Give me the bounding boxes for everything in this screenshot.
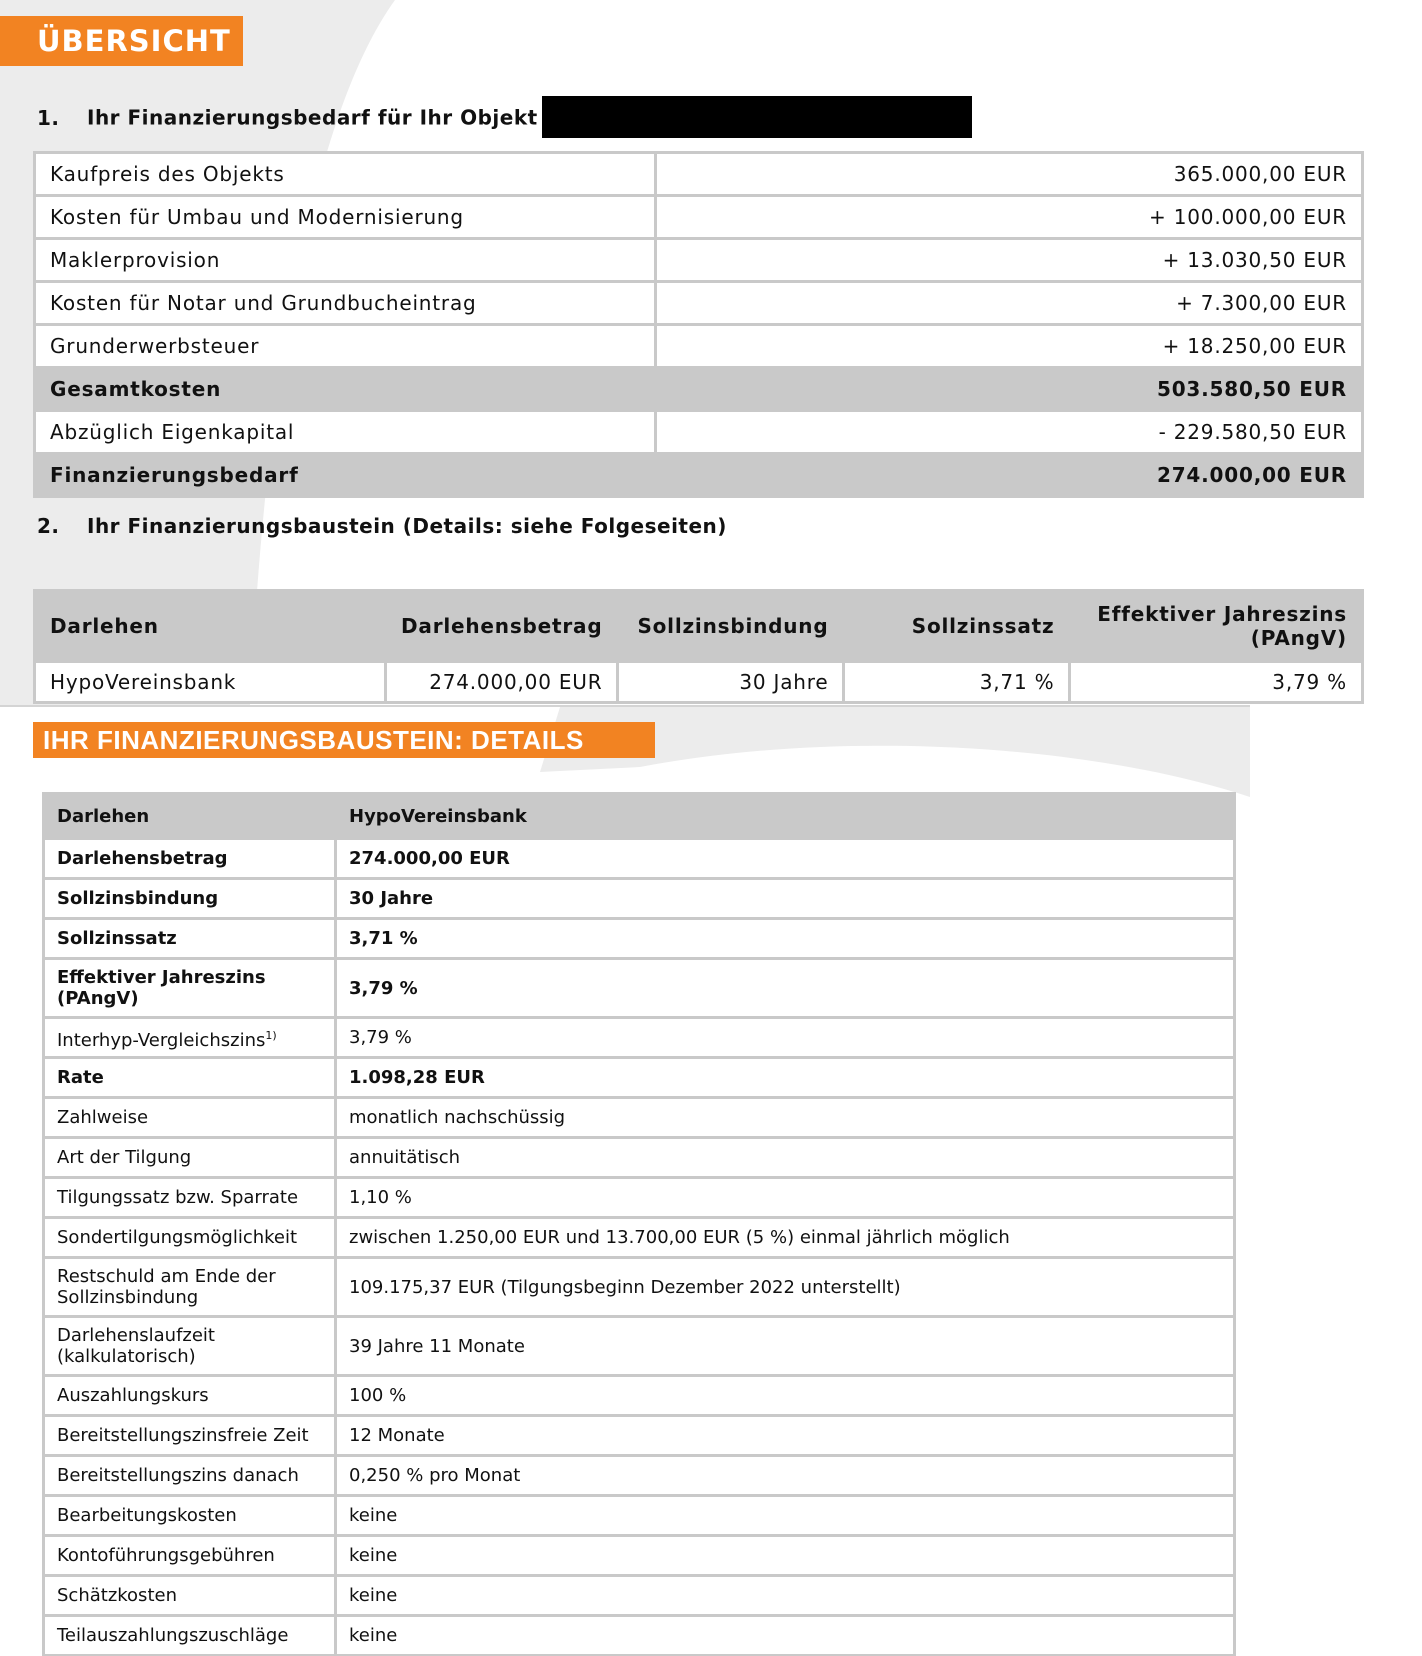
summary-cell: HypoVereinsbank (36, 663, 384, 701)
detail-value: 3,71 % (337, 920, 1233, 957)
cost-label: Maklerprovision (36, 240, 657, 280)
cost-row: Abzüglich Eigenkapital- 229.580,50 EUR (36, 412, 1361, 452)
detail-row: Interhyp-Vergleichszins1)3,79 % (45, 1019, 1233, 1056)
overview-page: ÜBERSICHT 1.Ihr Finanzierungsbedarf für … (0, 0, 1422, 705)
detail-label: Zahlweise (45, 1099, 334, 1136)
detail-value: 1,10 % (337, 1179, 1233, 1216)
detail-label-text: Schätzkosten (57, 1585, 177, 1606)
cost-value: 274.000,00 EUR (657, 455, 1361, 495)
detail-label: Sollzinsbindung (45, 880, 334, 917)
section1-title: Ihr Finanzierungsbedarf für Ihr Objekt (87, 106, 538, 130)
details-header-value: HypoVereinsbank (337, 795, 1233, 837)
detail-row: Darlehensbetrag274.000,00 EUR (45, 840, 1233, 877)
detail-value: 109.175,37 EUR (Tilgungsbeginn Dezember … (337, 1259, 1233, 1315)
detail-value: 274.000,00 EUR (337, 840, 1233, 877)
detail-label-text: Bereitstellungszins danach (57, 1465, 299, 1486)
cost-value: 503.580,50 EUR (657, 369, 1361, 409)
detail-label-text: Tilgungssatz bzw. Sparrate (57, 1187, 298, 1208)
section1-number: 1. (37, 106, 87, 130)
detail-label-text: Bereitstellungszinsfreie Zeit (57, 1425, 309, 1446)
detail-label: Bearbeitungskosten (45, 1497, 334, 1534)
section1-heading: 1.Ihr Finanzierungsbedarf für Ihr Objekt (37, 98, 972, 140)
detail-row: Kontoführungsgebührenkeine (45, 1537, 1233, 1574)
summary-column-header: Sollzinssatz (845, 592, 1068, 660)
cost-label: Gesamtkosten (36, 369, 657, 409)
details-page: IHR FINANZIERUNGSBAUSTEIN: DETAILS Darle… (0, 705, 1250, 1656)
detail-label-text: Kontoführungsgebühren (57, 1545, 275, 1566)
detail-value: keine (337, 1617, 1233, 1654)
detail-value: keine (337, 1577, 1233, 1614)
page-title: ÜBERSICHT (0, 16, 243, 66)
cost-row: Kosten für Umbau und Modernisierung+ 100… (36, 197, 1361, 237)
detail-label-text: Sollzinssatz (57, 928, 177, 949)
detail-value: 3,79 % (337, 1019, 1233, 1056)
detail-label-text: Auszahlungskurs (57, 1385, 209, 1406)
summary-cell: 3,79 % (1071, 663, 1361, 701)
details-title: IHR FINANZIERUNGSBAUSTEIN: DETAILS (33, 722, 655, 758)
cost-label: Abzüglich Eigenkapital (36, 412, 657, 452)
detail-label: Darlehenslaufzeit (kalkulatorisch) (45, 1318, 334, 1374)
detail-label-text: Bearbeitungskosten (57, 1505, 237, 1526)
cost-row: Grunderwerbsteuer+ 18.250,00 EUR (36, 326, 1361, 366)
summary-column-header: Darlehensbetrag (387, 592, 616, 660)
financing-need-table: Kaufpreis des Objekts365.000,00 EURKoste… (33, 151, 1364, 498)
detail-value: 0,250 % pro Monat (337, 1457, 1233, 1494)
detail-row: Schätzkostenkeine (45, 1577, 1233, 1614)
cost-value: + 18.250,00 EUR (657, 326, 1361, 366)
detail-value: keine (337, 1537, 1233, 1574)
detail-row: Effektiver Jahreszins (PAngV)3,79 % (45, 960, 1233, 1016)
summary-column-header: Darlehen (36, 592, 384, 660)
detail-label: Sollzinssatz (45, 920, 334, 957)
detail-label-text: Darlehenslaufzeit (kalkulatorisch) (57, 1325, 215, 1367)
detail-label: Auszahlungskurs (45, 1377, 334, 1414)
detail-value: annuitätisch (337, 1139, 1233, 1176)
detail-label: Restschuld am Ende der Sollzinsbindung (45, 1259, 334, 1315)
cost-label: Kosten für Umbau und Modernisierung (36, 197, 657, 237)
detail-row: Rate1.098,28 EUR (45, 1059, 1233, 1096)
detail-row: Auszahlungskurs100 % (45, 1377, 1233, 1414)
detail-label-text: Darlehensbetrag (57, 848, 228, 869)
detail-label-text: Art der Tilgung (57, 1147, 191, 1168)
summary-column-header: Effektiver Jahreszins (PAngV) (1071, 592, 1361, 660)
detail-value: 39 Jahre 11 Monate (337, 1318, 1233, 1374)
cost-label: Kaufpreis des Objekts (36, 154, 657, 194)
detail-row: Bereitstellungszinsfreie Zeit12 Monate (45, 1417, 1233, 1454)
loan-details-table: Darlehen HypoVereinsbank Darlehensbetrag… (42, 792, 1236, 1656)
summary-cell: 3,71 % (845, 663, 1068, 701)
detail-label-text: Teilauszahlungszuschläge (57, 1625, 288, 1646)
detail-label-text: Sondertilgungsmöglichkeit (57, 1227, 297, 1248)
detail-value: monatlich nachschüssig (337, 1099, 1233, 1136)
summary-cell: 274.000,00 EUR (387, 663, 616, 701)
detail-value: 30 Jahre (337, 880, 1233, 917)
detail-row: Sondertilgungsmöglichkeitzwischen 1.250,… (45, 1219, 1233, 1256)
detail-label-text: Zahlweise (57, 1107, 148, 1128)
summary-column-header: Sollzinsbindung (619, 592, 842, 660)
detail-value: 1.098,28 EUR (337, 1059, 1233, 1096)
detail-row: Restschuld am Ende der Sollzinsbindung10… (45, 1259, 1233, 1315)
summary-row: HypoVereinsbank274.000,00 EUR30 Jahre3,7… (36, 663, 1361, 701)
detail-value: 12 Monate (337, 1417, 1233, 1454)
detail-value: zwischen 1.250,00 EUR und 13.700,00 EUR … (337, 1219, 1233, 1256)
detail-row: Darlehenslaufzeit (kalkulatorisch)39 Jah… (45, 1318, 1233, 1374)
detail-label: Effektiver Jahreszins (PAngV) (45, 960, 334, 1016)
detail-value: keine (337, 1497, 1233, 1534)
cost-row: Gesamtkosten503.580,50 EUR (36, 369, 1361, 409)
detail-row: Bearbeitungskostenkeine (45, 1497, 1233, 1534)
detail-label: Bereitstellungszins danach (45, 1457, 334, 1494)
detail-label: Bereitstellungszinsfreie Zeit (45, 1417, 334, 1454)
detail-label: Teilauszahlungszuschläge (45, 1617, 334, 1654)
footnote-marker: 1) (265, 1029, 276, 1042)
cost-value: + 100.000,00 EUR (657, 197, 1361, 237)
detail-row: Tilgungssatz bzw. Sparrate1,10 % (45, 1179, 1233, 1216)
detail-label: Schätzkosten (45, 1577, 334, 1614)
cost-value: + 13.030,50 EUR (657, 240, 1361, 280)
detail-row: Sollzinssatz3,71 % (45, 920, 1233, 957)
section2-heading: 2.Ihr Finanzierungsbaustein (Details: si… (37, 514, 727, 538)
detail-label-text: Restschuld am Ende der Sollzinsbindung (57, 1266, 276, 1308)
section2-title: Ihr Finanzierungsbaustein (Details: sieh… (87, 514, 727, 538)
detail-label-text: Rate (57, 1067, 104, 1088)
cost-row: Kaufpreis des Objekts365.000,00 EUR (36, 154, 1361, 194)
detail-label-text: Interhyp-Vergleichszins (57, 1030, 265, 1051)
detail-row: Teilauszahlungszuschlägekeine (45, 1617, 1233, 1654)
cost-value: 365.000,00 EUR (657, 154, 1361, 194)
cost-row: Maklerprovision+ 13.030,50 EUR (36, 240, 1361, 280)
detail-row: Zahlweisemonatlich nachschüssig (45, 1099, 1233, 1136)
detail-label: Darlehensbetrag (45, 840, 334, 877)
detail-label: Interhyp-Vergleichszins1) (45, 1019, 334, 1056)
detail-label: Sondertilgungsmöglichkeit (45, 1219, 334, 1256)
summary-cell: 30 Jahre (619, 663, 842, 701)
loan-summary-table: DarlehenDarlehensbetragSollzinsbindungSo… (33, 589, 1364, 704)
detail-label-text: Sollzinsbindung (57, 888, 218, 909)
redacted-object-address (542, 96, 972, 138)
detail-value: 100 % (337, 1377, 1233, 1414)
details-header-label: Darlehen (45, 795, 334, 837)
section2-number: 2. (37, 514, 87, 538)
detail-row: Art der Tilgungannuitätisch (45, 1139, 1233, 1176)
cost-value: + 7.300,00 EUR (657, 283, 1361, 323)
cost-row: Finanzierungsbedarf274.000,00 EUR (36, 455, 1361, 495)
cost-row: Kosten für Notar und Grundbucheintrag+ 7… (36, 283, 1361, 323)
detail-value: 3,79 % (337, 960, 1233, 1016)
detail-row: Sollzinsbindung30 Jahre (45, 880, 1233, 917)
detail-label: Rate (45, 1059, 334, 1096)
detail-label: Art der Tilgung (45, 1139, 334, 1176)
cost-value: - 229.580,50 EUR (657, 412, 1361, 452)
detail-label-text: Effektiver Jahreszins (PAngV) (57, 967, 266, 1009)
cost-label: Grunderwerbsteuer (36, 326, 657, 366)
details-header-row: Darlehen HypoVereinsbank (45, 795, 1233, 837)
cost-label: Finanzierungsbedarf (36, 455, 657, 495)
detail-label: Kontoführungsgebühren (45, 1537, 334, 1574)
detail-label: Tilgungssatz bzw. Sparrate (45, 1179, 334, 1216)
cost-label: Kosten für Notar und Grundbucheintrag (36, 283, 657, 323)
detail-row: Bereitstellungszins danach0,250 % pro Mo… (45, 1457, 1233, 1494)
